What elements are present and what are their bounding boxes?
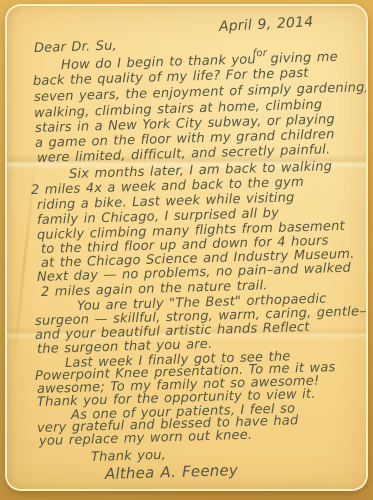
closing-line: Thank you, bbox=[91, 448, 166, 465]
salutation: Dear Dr. Su, bbox=[34, 39, 117, 56]
date-line: April 9, 2014 bbox=[219, 14, 314, 35]
letter-paper: April 9, 2014 Dear Dr. Su, How do I begi… bbox=[7, 6, 366, 489]
diagonal-crease bbox=[11, 144, 39, 379]
signature: Althea A. Feeney bbox=[105, 461, 238, 483]
letter-photo: April 9, 2014 Dear Dr. Su, How do I begi… bbox=[0, 0, 373, 500]
opening-post: giving me bbox=[270, 50, 338, 67]
inserted-word: for bbox=[253, 48, 268, 59]
